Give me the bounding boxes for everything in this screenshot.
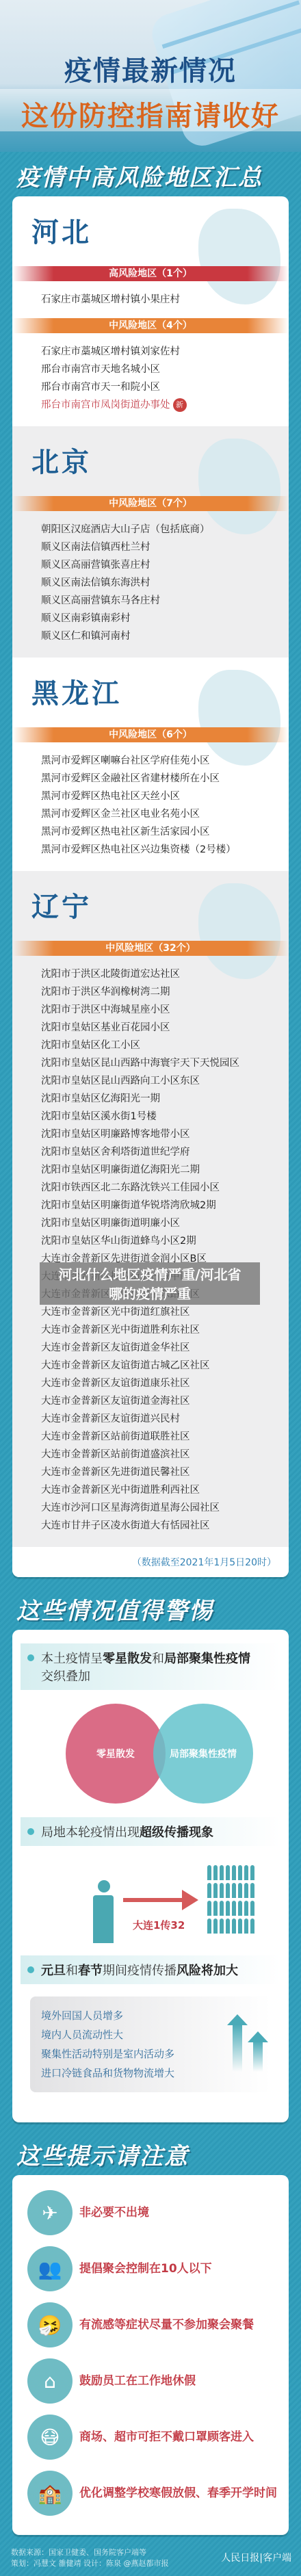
list-item: 沈阳市于洪区中海城星座小区 — [41, 1001, 289, 1019]
tip-text: 有流感等症状尽量不参加聚会聚餐 — [79, 2317, 254, 2332]
high-risk-label: 高风险地区（1个） — [12, 266, 289, 281]
mid-risk-list: 朝阳区汉庭酒店大山子店（包括底商） 顺义区南法信镇西杜兰村 顺义区高丽营镇张喜庄… — [12, 521, 289, 645]
bullet-dot-icon — [27, 1828, 34, 1835]
spread-illustration: 大连1传32 — [12, 1846, 289, 1955]
mid-risk-list: 石家庄市藁城区增村镇刘家佐村 邢台市南宫市天地名城小区 邢台市南宫市天一和院小区… — [12, 343, 289, 414]
list-item: 大连市金普新区友谊街道古城乙区社区 — [41, 1357, 289, 1375]
high-risk-list: 石家庄市藁城区增村镇小果庄村 — [12, 291, 289, 309]
list-item: 邢台市南宫市天地名城小区 — [41, 361, 289, 378]
list-item: 大连市金普新区友谊街道兴民村 — [41, 1410, 289, 1428]
list-item: 大连市沙河口区星海湾街道星海公园社区 — [41, 1499, 289, 1517]
tip-item: 🏫 优化调整学校寒假放假、春季开学时间 — [12, 2465, 289, 2521]
tip-text: 提倡聚会控制在10人以下 — [79, 2261, 212, 2276]
list-item: 石家庄市藁城区增村镇小果庄村 — [41, 291, 289, 309]
risk-reasons-box: 境外回国人员增多 境内人员流动性大 聚集性活动特别是室内活动多 进口冷链食品和货… — [30, 1996, 271, 2092]
airplane-icon: ✈ — [27, 2190, 73, 2235]
overlay-line1: 河北什么地区疫情严重/河北省 — [40, 1265, 260, 1284]
list-item: 沈阳市皇姑区化工小区 — [41, 1037, 289, 1054]
list-item: 黑河市爱辉区热电社区天丝小区 — [41, 788, 289, 805]
infographic-page: 疫情最新情况 这份防控指南请收好 疫情中高风险地区汇总 河北 高风险地区（1个）… — [0, 0, 301, 2576]
list-item: 顺义区高丽营镇张喜庄村 — [41, 556, 289, 574]
list-item: 黑河市爱辉区热电社区新生活家园小区 — [41, 823, 289, 841]
mid-risk-list: 沈阳市于洪区北陵街道宏达社区 沈阳市于洪区华润橡树湾二期 沈阳市于洪区中海城星座… — [12, 965, 289, 1535]
new-item-text: 邢台市南宫市凤岗街道办事处 — [41, 400, 170, 411]
tip-text: 商场、超市可拒不戴口罩顾客进入 — [79, 2430, 254, 2445]
list-item: 沈阳市皇姑区明廉路博客地带小区 — [41, 1126, 289, 1143]
sneeze-icon: 🤧 — [27, 2302, 73, 2347]
list-item: 大连市金普新区友谊街道金海社区 — [41, 1392, 289, 1410]
spread-label: 大连1传32 — [133, 1918, 185, 1932]
tip-text: 鼓励员工在工作地休假 — [79, 2373, 196, 2389]
list-item: 沈阳市皇姑区明廉街道亿海阳光二期 — [41, 1161, 289, 1179]
venn-circle-cluster: 局部聚集性疫情 — [153, 1704, 253, 1804]
province-heilongjiang: 黑龙江 中风险地区（6个） 黑河市爱辉区喇嘛台社区学府佳苑小区 黑河市爱辉区金融… — [12, 658, 289, 871]
tip-text: 优化调整学校寒假放假、春季开学时间 — [79, 2486, 277, 2501]
brand-logo: 人民日报|客户端 — [221, 2553, 291, 2564]
list-item: 大连市金普新区站前街道盛滨社区 — [41, 1446, 289, 1463]
list-item: 顺义区南法信镇西杜兰村 — [41, 538, 289, 556]
list-item: 沈阳市于洪区华润橡树湾二期 — [41, 983, 289, 1001]
list-item: 顺义区仁和镇河南村 — [41, 627, 289, 645]
new-badge: 新 — [173, 398, 187, 412]
list-item: 沈阳市皇姑区华山街道蜂鸟小区2期 — [41, 1232, 289, 1250]
bullet-dot-icon — [27, 1654, 34, 1661]
bullet-bold: 局部聚集性疫情 — [164, 1652, 250, 1666]
mid-risk-list: 黑河市爱辉区喇嘛台社区学府佳苑小区 黑河市爱辉区金融社区省建材楼所在小区 黑河市… — [12, 752, 289, 859]
bullet-text: 期间疫情传播 — [103, 1964, 176, 1978]
mid-risk-label: 中风险地区（6个） — [12, 727, 289, 742]
tip-item: 👥 提倡聚会控制在10人以下 — [12, 2241, 289, 2297]
list-item: 邢台市南宫市天一和院小区 — [41, 378, 289, 396]
warning-bullet-sporadic: 本土疫情呈零星散发和局部聚集性疫情交织叠加 — [21, 1643, 280, 1690]
list-item: 大连市金普新区光中街道胜利西社区 — [41, 1481, 289, 1499]
province-name: 北京 — [12, 439, 289, 486]
tips-card: ✈ 非必要不出境 👥 提倡聚会控制在10人以下 🤧 有流感等症状尽量不参加聚会聚… — [12, 2175, 289, 2535]
footer: 数据来源：国家卫健委、国务院客户端等 策划：冯慧文 雒健靖 设计：陈泉 @燕赵都… — [0, 2535, 301, 2576]
province-name: 黑龙江 — [12, 670, 289, 718]
tip-item: ✈ 非必要不出境 — [12, 2185, 289, 2241]
section-title-warnings: 这些情况值得警惕 — [0, 1592, 301, 1626]
crowd-icon — [207, 1865, 257, 1934]
warning-bullet-holiday: 元旦和春节期间疫情传播风险将加大 — [21, 1955, 280, 1984]
tip-item: ⌂ 鼓励员工在工作地休假 — [12, 2353, 289, 2409]
bullet-text: 交织叠加 — [41, 1669, 90, 1684]
school-icon: 🏫 — [27, 2471, 73, 2516]
list-item: 顺义区高丽营镇东马各庄村 — [41, 592, 289, 610]
gathering-icon: 👥 — [27, 2246, 73, 2291]
list-item: 沈阳市皇姑区亿海阳光一期 — [41, 1090, 289, 1108]
mask-person-icon: 😷 — [27, 2415, 73, 2460]
tip-text: 非必要不出境 — [79, 2205, 149, 2220]
list-item: 大连市金普新区先进街道民馨社区 — [41, 1463, 289, 1481]
mid-risk-label: 中风险地区（4个） — [12, 318, 289, 333]
list-item: 顺义区南法信镇东海洪村 — [41, 574, 289, 592]
mid-risk-label: 中风险地区（32个） — [12, 941, 289, 956]
data-cutoff-note: （数据截至2021年1月5日20时） — [12, 1547, 289, 1577]
province-beijing: 北京 中风险地区（7个） 朝阳区汉庭酒店大山子店（包括底商） 顺义区南法信镇西杜… — [12, 426, 289, 658]
bullet-text: 本土疫情呈 — [41, 1652, 103, 1666]
tip-item: 😷 商场、超市可拒不戴口罩顾客进入 — [12, 2409, 289, 2465]
bullet-bold: 元旦 — [41, 1964, 66, 1978]
list-item: 黑河市爱辉区热电社区兴边集资楼（2号楼） — [41, 841, 289, 859]
bullet-text: 和 — [152, 1652, 164, 1666]
list-item: 沈阳市皇姑区基业百花园小区 — [41, 1019, 289, 1037]
warning-bullet-superspreading: 局地本轮疫情出现超级传播现象 — [21, 1817, 280, 1846]
province-name: 辽宁 — [12, 883, 289, 931]
person-icon — [93, 1880, 115, 1946]
bullet-bold: 风险将加大 — [176, 1964, 238, 1978]
tip-item: 🤧 有流感等症状尽量不参加聚会聚餐 — [12, 2297, 289, 2353]
venn-circle-sporadic: 零星散发 — [66, 1704, 166, 1804]
list-item: 沈阳市皇姑区溪水街1号楼 — [41, 1108, 289, 1126]
list-item: 大连市金普新区友谊街道金华社区 — [41, 1339, 289, 1357]
list-item: 朝阳区汉庭酒店大山子店（包括底商） — [41, 521, 289, 538]
hero-title: 疫情最新情况 — [0, 49, 301, 88]
hero-banner: 疫情最新情况 这份防控指南请收好 — [0, 0, 301, 152]
section-title-risk-areas: 疫情中高风险地区汇总 — [0, 159, 301, 192]
list-item: 沈阳市皇姑区昆山西路向工小区东区 — [41, 1072, 289, 1090]
list-item: 大连市金普新区光中街道胜利东社区 — [41, 1321, 289, 1339]
list-item: 沈阳市皇姑区明廉街道华锐塔湾欣城2期 — [41, 1197, 289, 1214]
list-item: 大连市金普新区站前街道联胜社区 — [41, 1428, 289, 1446]
list-item: 大连市金普新区友谊街道康乐社区 — [41, 1375, 289, 1392]
title-overlay: 河北什么地区疫情严重/河北省 哪的疫情严重 — [40, 1262, 260, 1305]
list-item: 沈阳市皇姑区舍利塔街道世纪学府 — [41, 1143, 289, 1161]
warnings-card: 本土疫情呈零星散发和局部聚集性疫情交织叠加 零星散发 局部聚集性疫情 局地本轮疫… — [12, 1630, 289, 2122]
bullet-bold: 超级传播现象 — [140, 1825, 213, 1840]
bullet-dot-icon — [27, 1966, 34, 1973]
list-item: 沈阳市皇姑区明廉街道明廉小区 — [41, 1214, 289, 1232]
section-title-tips: 这些提示请注意 — [0, 2137, 301, 2171]
province-liaoning: 辽宁 中风险地区（32个） 沈阳市于洪区北陵街道宏达社区 沈阳市于洪区华润橡树湾… — [12, 871, 289, 1547]
list-item: 黑河市爱辉区金融社区省建材楼所在小区 — [41, 770, 289, 788]
province-hebei: 河北 高风险地区（1个） 石家庄市藁城区增村镇小果庄村 中风险地区（4个） 石家… — [12, 196, 289, 426]
home-family-icon: ⌂ — [27, 2358, 73, 2404]
hero-subtitle: 这份防控指南请收好 — [0, 94, 301, 133]
up-arrows-icon — [205, 2003, 267, 2072]
list-item: 石家庄市藁城区增村镇刘家佐村 — [41, 343, 289, 361]
list-item: 沈阳市皇姑区昆山西路中海寰宇天下天悦园区 — [41, 1054, 289, 1072]
bullet-bold: 零星散发 — [103, 1652, 152, 1666]
list-item: 沈阳市于洪区北陵街道宏达社区 — [41, 965, 289, 983]
bullet-text: 局地本轮疫情出现 — [41, 1825, 140, 1840]
list-item: 沈阳市铁西区北二东路沈铁兴工佳园小区 — [41, 1179, 289, 1197]
list-item: 大连市甘井子区凌水街道大有恬园社区 — [41, 1517, 289, 1535]
province-name: 河北 — [12, 209, 289, 257]
list-item: 大连市金普新区光中街道红旗社区 — [41, 1303, 289, 1321]
venn-diagram: 零星散发 局部聚集性疫情 — [12, 1695, 289, 1812]
bullet-text: 和 — [66, 1964, 78, 1978]
risk-areas-card: 河北 高风险地区（1个） 石家庄市藁城区增村镇小果庄村 中风险地区（4个） 石家… — [12, 196, 289, 1577]
mid-risk-label: 中风险地区（7个） — [12, 496, 289, 511]
arrow-right-icon — [123, 1894, 198, 1906]
list-item: 顺义区南彩镇南彩村 — [41, 610, 289, 627]
bullet-bold: 春节 — [78, 1964, 103, 1978]
list-item: 黑河市爱辉区金兰社区电业名苑小区 — [41, 805, 289, 823]
list-item: 黑河市爱辉区喇嘛台社区学府佳苑小区 — [41, 752, 289, 770]
list-item-new: 邢台市南宫市凤岗街道办事处新 — [41, 396, 289, 414]
overlay-line2: 哪的疫情严重 — [40, 1284, 260, 1303]
